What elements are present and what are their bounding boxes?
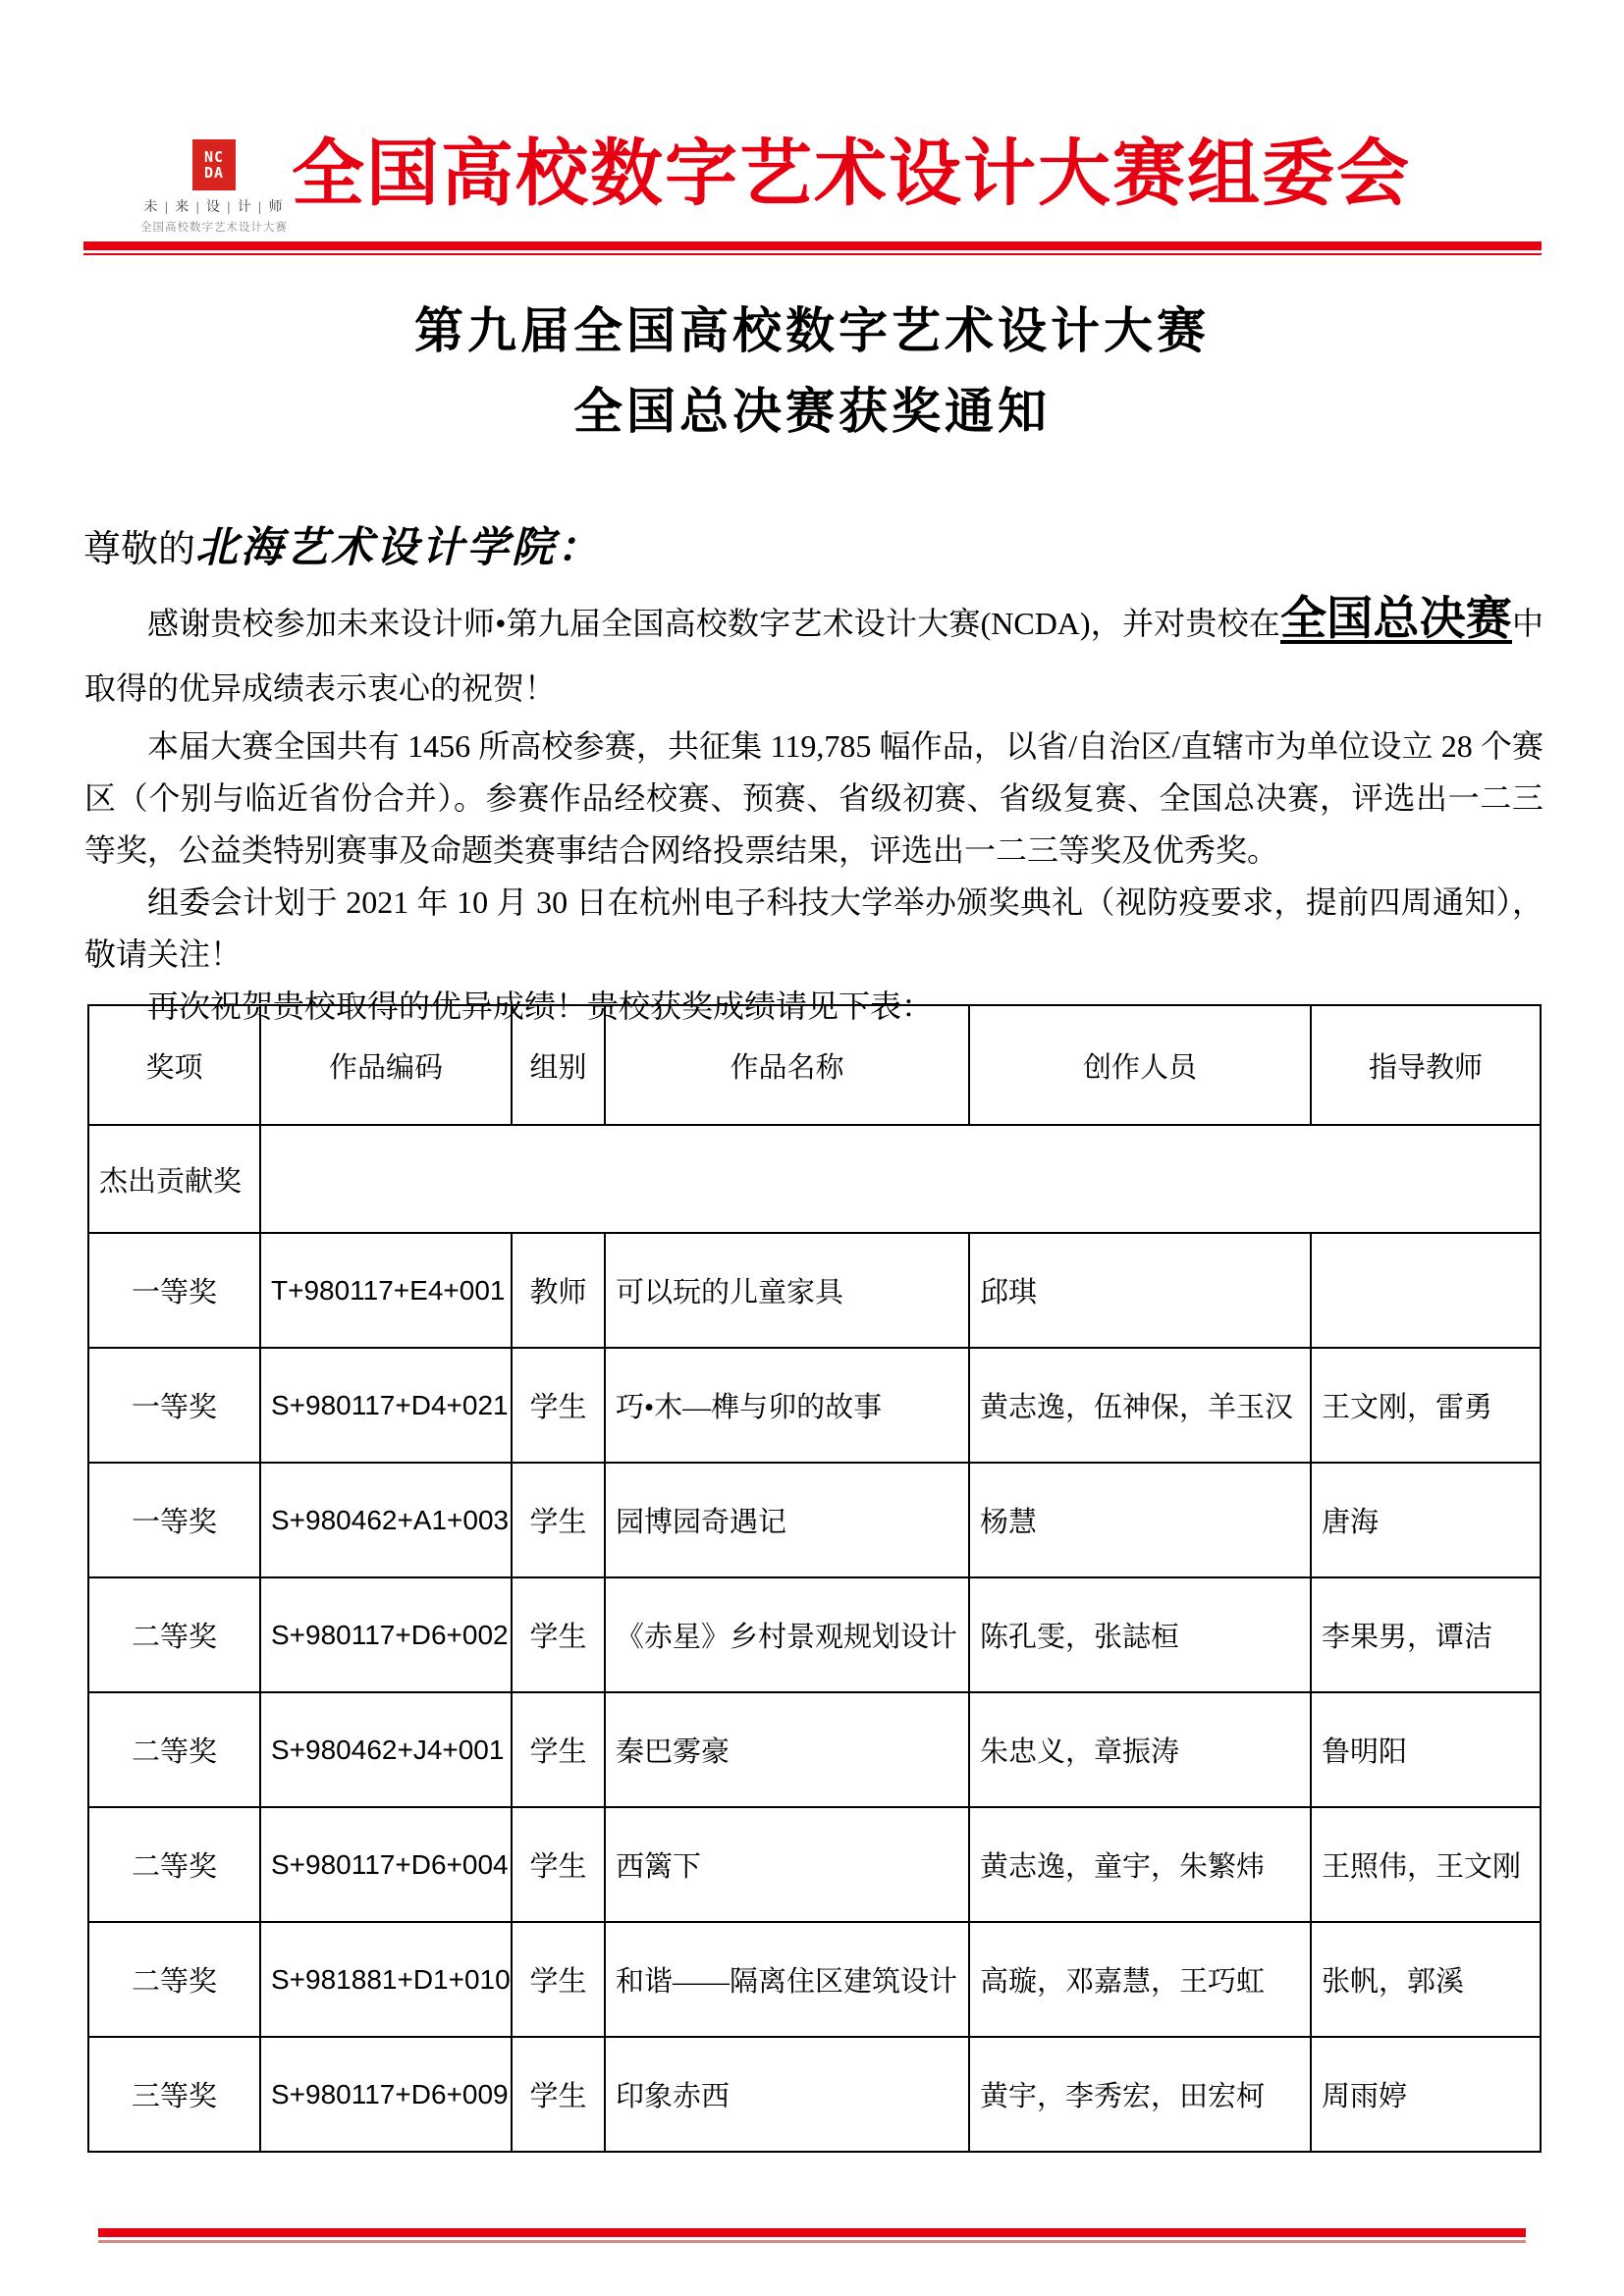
col-header-award: 奖项 (88, 1005, 260, 1125)
table-row: 二等奖 S+981881+D1+010 学生 和谐——隔离住区建筑设计 高璇，邓… (88, 1922, 1541, 2037)
code-cell: S+980117+D4+021 (260, 1348, 512, 1463)
document-page: NC DA 未 | 来 | 设 | 计 | 师 全国高校数字艺术设计大赛 全国高… (0, 0, 1624, 2296)
school-name: 北海艺术设计学院 (195, 525, 557, 571)
advisors-cell: 鲁明阳 (1311, 1692, 1541, 1807)
code-cell: S+980117+D6+004 (260, 1807, 512, 1922)
award-cell: 二等奖 (88, 1807, 260, 1922)
creators-cell: 邱琪 (969, 1233, 1311, 1348)
document-title-line1: 第九届全国高校数字艺术设计大赛 (0, 291, 1624, 371)
ncda-logo-icon: NC DA (192, 139, 236, 190)
code-cell: S+980462+A1+003 (260, 1463, 512, 1577)
header-rule-thick (83, 241, 1542, 250)
salutation-colon: ： (557, 525, 602, 571)
col-header-code: 作品编码 (260, 1005, 512, 1125)
table-row: 三等奖 S+980117+D6+009 学生 印象赤西 黄宇，李秀宏，田宏柯 周… (88, 2037, 1541, 2152)
table-header-row: 奖项 作品编码 组别 作品名称 创作人员 指导教师 (88, 1005, 1541, 1125)
code-cell: S+980117+D6+009 (260, 2037, 512, 2152)
salutation: 尊敬的北海艺术设计学院： (83, 514, 602, 574)
table-row: 二等奖 S+980117+D6+002 学生 《赤星》乡村景观规划设计 陈孔雯，… (88, 1577, 1541, 1692)
creators-cell: 朱忠义，章振涛 (969, 1692, 1311, 1807)
col-header-advisors: 指导教师 (1311, 1005, 1541, 1125)
paragraph-stats: 本届大赛全国共有 1456 所高校参赛，共征集 119,785 幅作品，以省/自… (84, 721, 1543, 877)
col-header-group: 组别 (512, 1005, 605, 1125)
advisors-cell (1311, 1233, 1541, 1348)
work-cell: 《赤星》乡村景观规划设计 (605, 1577, 969, 1692)
work-cell: 和谐——隔离住区建筑设计 (605, 1922, 969, 2037)
group-cell: 学生 (512, 1348, 605, 1463)
creators-cell: 黄志逸，伍神保，羊玉汉 (969, 1348, 1311, 1463)
award-cell: 二等奖 (88, 1692, 260, 1807)
award-cell: 一等奖 (88, 1233, 260, 1348)
creators-cell: 高璇，邓嘉慧，王巧虹 (969, 1922, 1311, 2037)
logo-subtitle: 全国高校数字艺术设计大赛 (126, 219, 302, 235)
group-cell: 学生 (512, 1807, 605, 1922)
code-cell: S+981881+D1+010 (260, 1922, 512, 2037)
code-cell: T+980117+E4+001 (260, 1233, 512, 1348)
work-cell: 秦巴雾豪 (605, 1692, 969, 1807)
advisors-cell: 王照伟，王文刚 (1311, 1807, 1541, 1922)
group-cell: 学生 (512, 1463, 605, 1577)
col-header-work: 作品名称 (605, 1005, 969, 1125)
work-cell: 可以玩的儿童家具 (605, 1233, 969, 1348)
work-cell: 西篱下 (605, 1807, 969, 1922)
awards-table: 奖项 作品编码 组别 作品名称 创作人员 指导教师 杰出贡献奖 一等奖 T+98… (87, 1004, 1542, 2153)
group-cell: 学生 (512, 2037, 605, 2152)
creators-cell: 黄宇，李秀宏，田宏柯 (969, 2037, 1311, 2152)
creators-cell: 黄志逸，童宇，朱繁炜 (969, 1807, 1311, 1922)
ncda-logo: NC DA 未 | 来 | 设 | 计 | 师 全国高校数字艺术设计大赛 (126, 139, 302, 235)
table-row: 二等奖 S+980117+D6+004 学生 西篱下 黄志逸，童宇，朱繁炜 王照… (88, 1807, 1541, 1922)
logo-letters-bottom: DA (204, 165, 224, 181)
section-row: 杰出贡献奖 (88, 1125, 1541, 1233)
section-label: 杰出贡献奖 (88, 1125, 260, 1233)
award-cell: 一等奖 (88, 1348, 260, 1463)
footer-rule-thick (98, 2228, 1526, 2237)
organization-name: 全国高校数字艺术设计大赛组委会 (292, 116, 1411, 220)
logo-tagline: 未 | 来 | 设 | 计 | 师 (126, 196, 302, 216)
table-row: 一等奖 S+980117+D4+021 学生 巧•木—榫与卯的故事 黄志逸，伍神… (88, 1348, 1541, 1463)
work-cell: 园博园奇遇记 (605, 1463, 969, 1577)
award-cell: 二等奖 (88, 1922, 260, 2037)
award-cell: 一等奖 (88, 1463, 260, 1577)
document-title: 第九届全国高校数字艺术设计大赛 全国总决赛获奖通知 (0, 291, 1624, 452)
col-header-creators: 创作人员 (969, 1005, 1311, 1125)
advisors-cell: 唐海 (1311, 1463, 1541, 1577)
group-cell: 学生 (512, 1692, 605, 1807)
salutation-prefix: 尊敬的 (83, 529, 195, 570)
table-row: 二等奖 S+980462+J4+001 学生 秦巴雾豪 朱忠义，章振涛 鲁明阳 (88, 1692, 1541, 1807)
paragraph-ceremony: 组委会计划于 2021 年 10 月 30 日在杭州电子科技大学举办颁奖典礼（视… (84, 877, 1543, 981)
section-empty-cell (260, 1125, 1541, 1233)
footer-rule-thin (98, 2240, 1526, 2243)
advisors-cell: 周雨婷 (1311, 2037, 1541, 2152)
code-cell: S+980117+D6+002 (260, 1577, 512, 1692)
award-cell: 二等奖 (88, 1577, 260, 1692)
work-cell: 巧•木—榫与卯的故事 (605, 1348, 969, 1463)
work-cell: 印象赤西 (605, 2037, 969, 2152)
advisors-cell: 王文刚，雷勇 (1311, 1348, 1541, 1463)
creators-cell: 杨慧 (969, 1463, 1311, 1577)
table-row: 一等奖 S+980462+A1+003 学生 园博园奇遇记 杨慧 唐海 (88, 1463, 1541, 1577)
advisors-cell: 李果男，谭洁 (1311, 1577, 1541, 1692)
advisors-cell: 张帆，郭溪 (1311, 1922, 1541, 2037)
header-rule-thin (83, 253, 1542, 255)
group-cell: 学生 (512, 1922, 605, 2037)
document-title-line2: 全国总决赛获奖通知 (0, 371, 1624, 452)
table-row: 一等奖 T+980117+E4+001 教师 可以玩的儿童家具 邱琪 (88, 1233, 1541, 1348)
group-cell: 教师 (512, 1233, 605, 1348)
group-cell: 学生 (512, 1577, 605, 1692)
paragraph-thanks: 感谢贵校参加未来设计师•第九届全国高校数字艺术设计大赛(NCDA)，并对贵校在全… (84, 587, 1543, 721)
code-cell: S+980462+J4+001 (260, 1692, 512, 1807)
paragraph-thanks-text1: 感谢贵校参加未来设计师•第九届全国高校数字艺术设计大赛(NCDA)，并对贵校在 (147, 606, 1280, 641)
logo-letters-top: NC (204, 149, 224, 165)
letter-body: 感谢贵校参加未来设计师•第九届全国高校数字艺术设计大赛(NCDA)，并对贵校在全… (84, 587, 1543, 1033)
award-cell: 三等奖 (88, 2037, 260, 2152)
national-final-highlight: 全国总决赛 (1280, 594, 1512, 645)
creators-cell: 陈孔雯，张誌桓 (969, 1577, 1311, 1692)
